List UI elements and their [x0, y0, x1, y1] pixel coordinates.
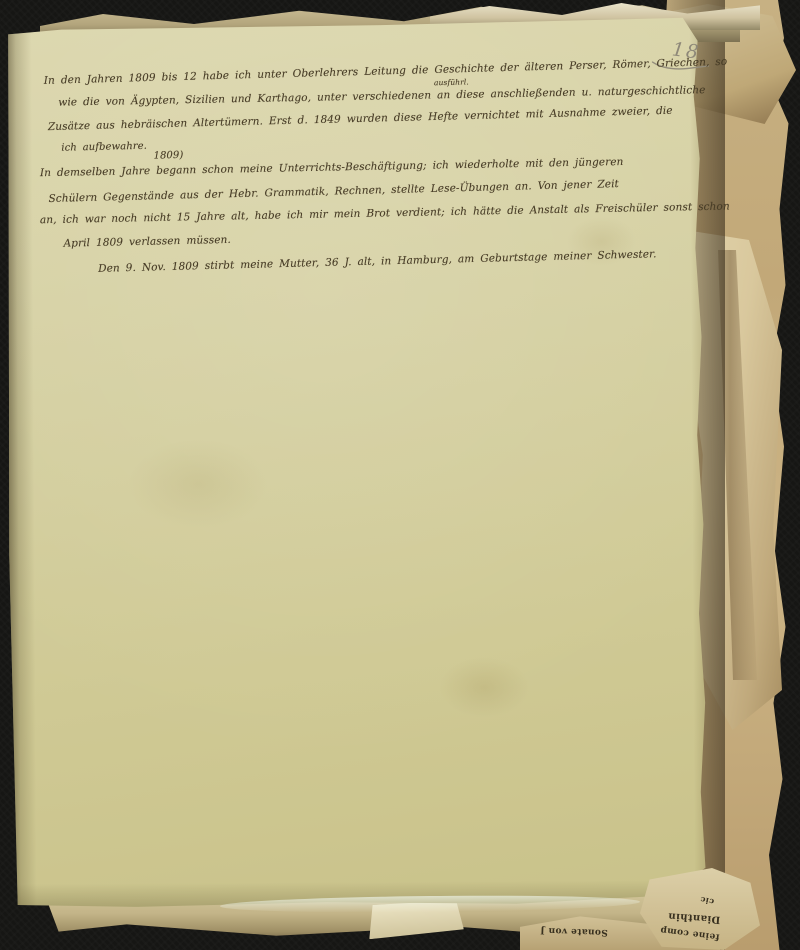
handwriting-line: April 1809 verlassen müssen.: [63, 234, 231, 250]
handwriting-line: Den 9. Nov. 1809 stirbt meine Mutter, 36…: [98, 248, 657, 275]
handwriting-line: In demselben Jahre begann schon meine Un…: [40, 156, 624, 179]
handwritten-text-block: In den Jahren 1809 bis 12 habe ich unter…: [33, 51, 678, 295]
year-note: 1809): [153, 150, 183, 162]
interlinear-insertion: ausführl.: [434, 77, 469, 87]
handwriting-line: wie die von Ägypten, Sizilien und Kartha…: [58, 84, 705, 108]
manuscript-photo: 18 In den Jahren 1809 bis 12 habe ich un…: [0, 0, 800, 950]
handwriting-line: an, ich war noch nicht 15 Jahre alt, hab…: [40, 200, 730, 226]
handwriting-line: ich aufbewahre.: [61, 141, 147, 154]
foxing-stain: [439, 657, 529, 718]
handwriting-line: Schülern Gegenstände aus der Hebr. Gramm…: [48, 178, 619, 205]
foxing-stain: [128, 439, 269, 530]
handwriting-line: Zusätze aus hebräischen Altertümern. Ers…: [48, 105, 673, 133]
